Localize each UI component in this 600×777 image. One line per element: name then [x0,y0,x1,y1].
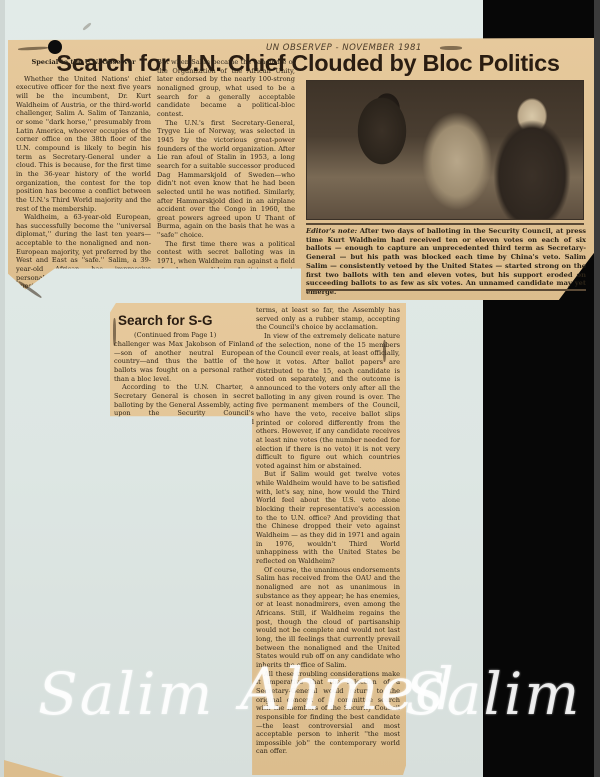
watermark-left: Salim [38,660,214,728]
news-photo [306,80,584,220]
watermark-right: Salim [405,660,581,728]
backdrop-edge [594,0,600,777]
dateline: Special to the U.N. Observer [16,58,151,67]
editors-note-text: After two days of balloting in the Secur… [306,227,586,296]
tape-stain [383,340,386,362]
paragraph: The U.N.'s first Secretary-General, Tryg… [157,119,295,240]
paragraph: In view of the extremely delicate nature… [256,332,400,471]
paragraph: challenger was Max Jakobson of Finland—s… [114,340,254,383]
paragraph: Of course, the unanimous endorsements Sa… [256,566,400,670]
paragraph: terms, at least so far, the Assembly has… [256,306,400,332]
continued-from-label: (Continued from Page 1) [134,331,216,339]
tape-stain [440,46,462,50]
paragraph: But when Salim became the candidate of t… [157,58,295,119]
divider [306,289,586,291]
tape-stain [113,318,116,346]
editors-note: Editor's note: After two days of balloti… [306,227,586,297]
paper-edge [0,0,5,777]
paragraph: Whether the United Nations' chief execut… [16,75,151,214]
divider [306,223,584,225]
paragraph: But if Salim would get twelve votes whil… [256,470,400,565]
article-column-1: Special to the U.N. Observer Whether the… [16,58,151,291]
punch-hole [48,40,62,54]
article-column-2: But when Salim became the candidate of t… [157,58,295,292]
editors-note-label: Editor's note: [306,227,357,235]
continued-headline: Search for S-G [118,313,213,328]
